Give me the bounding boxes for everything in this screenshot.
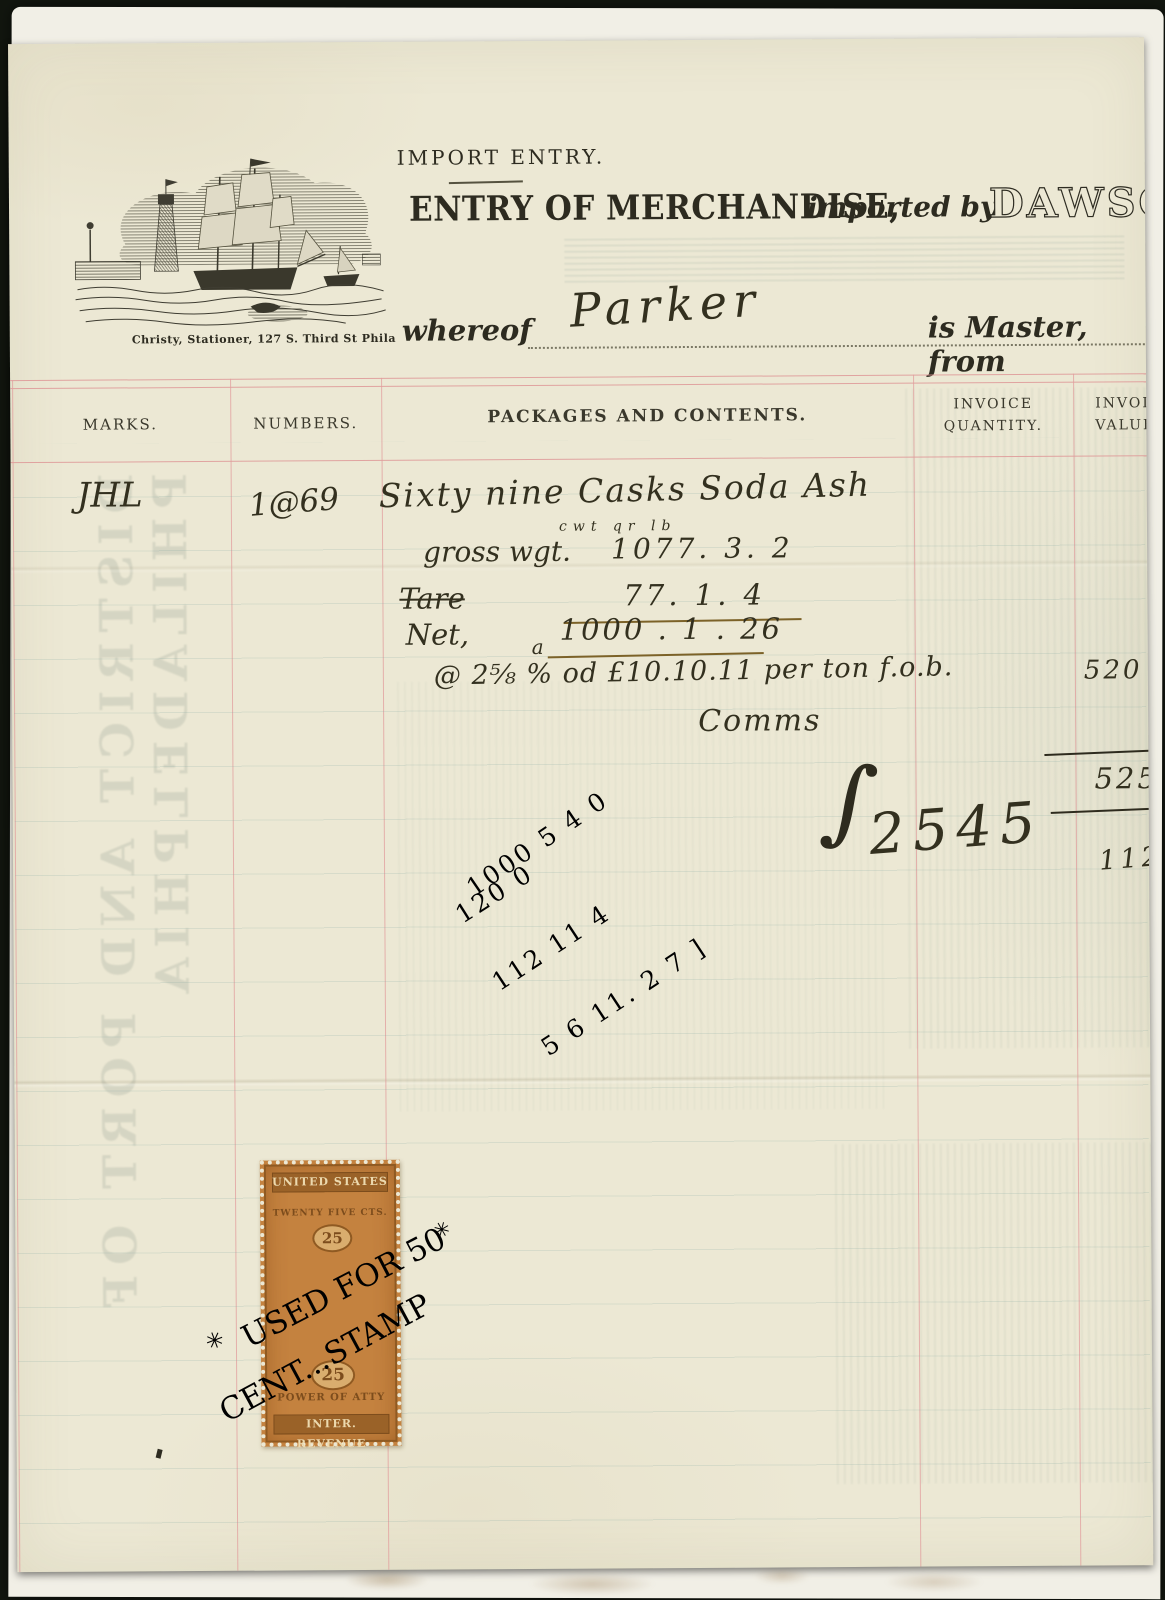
importer-name: DAWSON [989,179,1153,227]
imported-by-label: imported by [807,190,996,224]
form-label: IMPORT ENTRY. [397,145,606,170]
bleedthrough-header-lines [564,233,1124,282]
total-quantity: 2545 [867,790,1046,868]
marks-monogram: JHL [77,475,143,515]
net-label: Net, [406,617,470,651]
master-name-handwritten: Parker [568,273,762,338]
col-header-packages: PACKAGES AND CONTENTS. [381,405,913,428]
invoice-value-figure: 112 [1098,841,1153,877]
gross-weight-label: gross wgt. [423,535,571,569]
marks-h-diamond: H [90,475,120,515]
numbers-range: 1@69 [248,481,341,524]
gross-weight-value: 1077. 3. 2 [611,531,794,565]
fob-value: 520 [1084,655,1143,685]
col-header-invoice-value-2: VALUE. [1073,417,1153,434]
net-value: 1000 . 1 . 26 [559,611,783,646]
is-master-label: is Master, from [928,309,1146,378]
col-header-invoice-value-1: INVOICE [1073,395,1153,412]
stamp-value-arc-text: TWENTY FIVE CTS. [264,1208,396,1219]
marks-l: L [120,475,143,515]
scanned-document-scene: DISTRICT AND PORT OF PHILADELPHIA IMPORT… [0,0,1165,1600]
commissions-label: Comms [698,703,822,739]
col-header-invoice-quantity-1: INVOICE [913,396,1073,413]
col-header-marks: MARKS. [10,415,230,434]
ship-engraving-icon [65,148,396,340]
col-header-invoice-quantity-2: QUANTITY. [913,418,1073,435]
stamp-country-band: UNITED STATES [272,1172,388,1193]
stamp-denomination-top: 25 [312,1224,352,1252]
stamp-bottom-band: INTER. REVENUE [273,1414,389,1435]
tare-value: 77. 1. 4 [623,578,766,613]
subtotal-value: 525 [1094,761,1153,795]
document-paper: DISTRICT AND PORT OF PHILADELPHIA IMPORT… [8,37,1153,1572]
net-at-mark: a [532,635,544,659]
marks-h: H [90,475,120,515]
whereof-label: whereof [402,313,532,348]
engraving-caption: Christy, Stationer, 127 S. Third St Phil… [132,332,396,347]
marks-j: J [77,476,91,516]
tare-label: Tare [399,581,465,615]
ruled-lines [12,437,1151,1568]
col-header-numbers: NUMBERS. [230,414,381,433]
